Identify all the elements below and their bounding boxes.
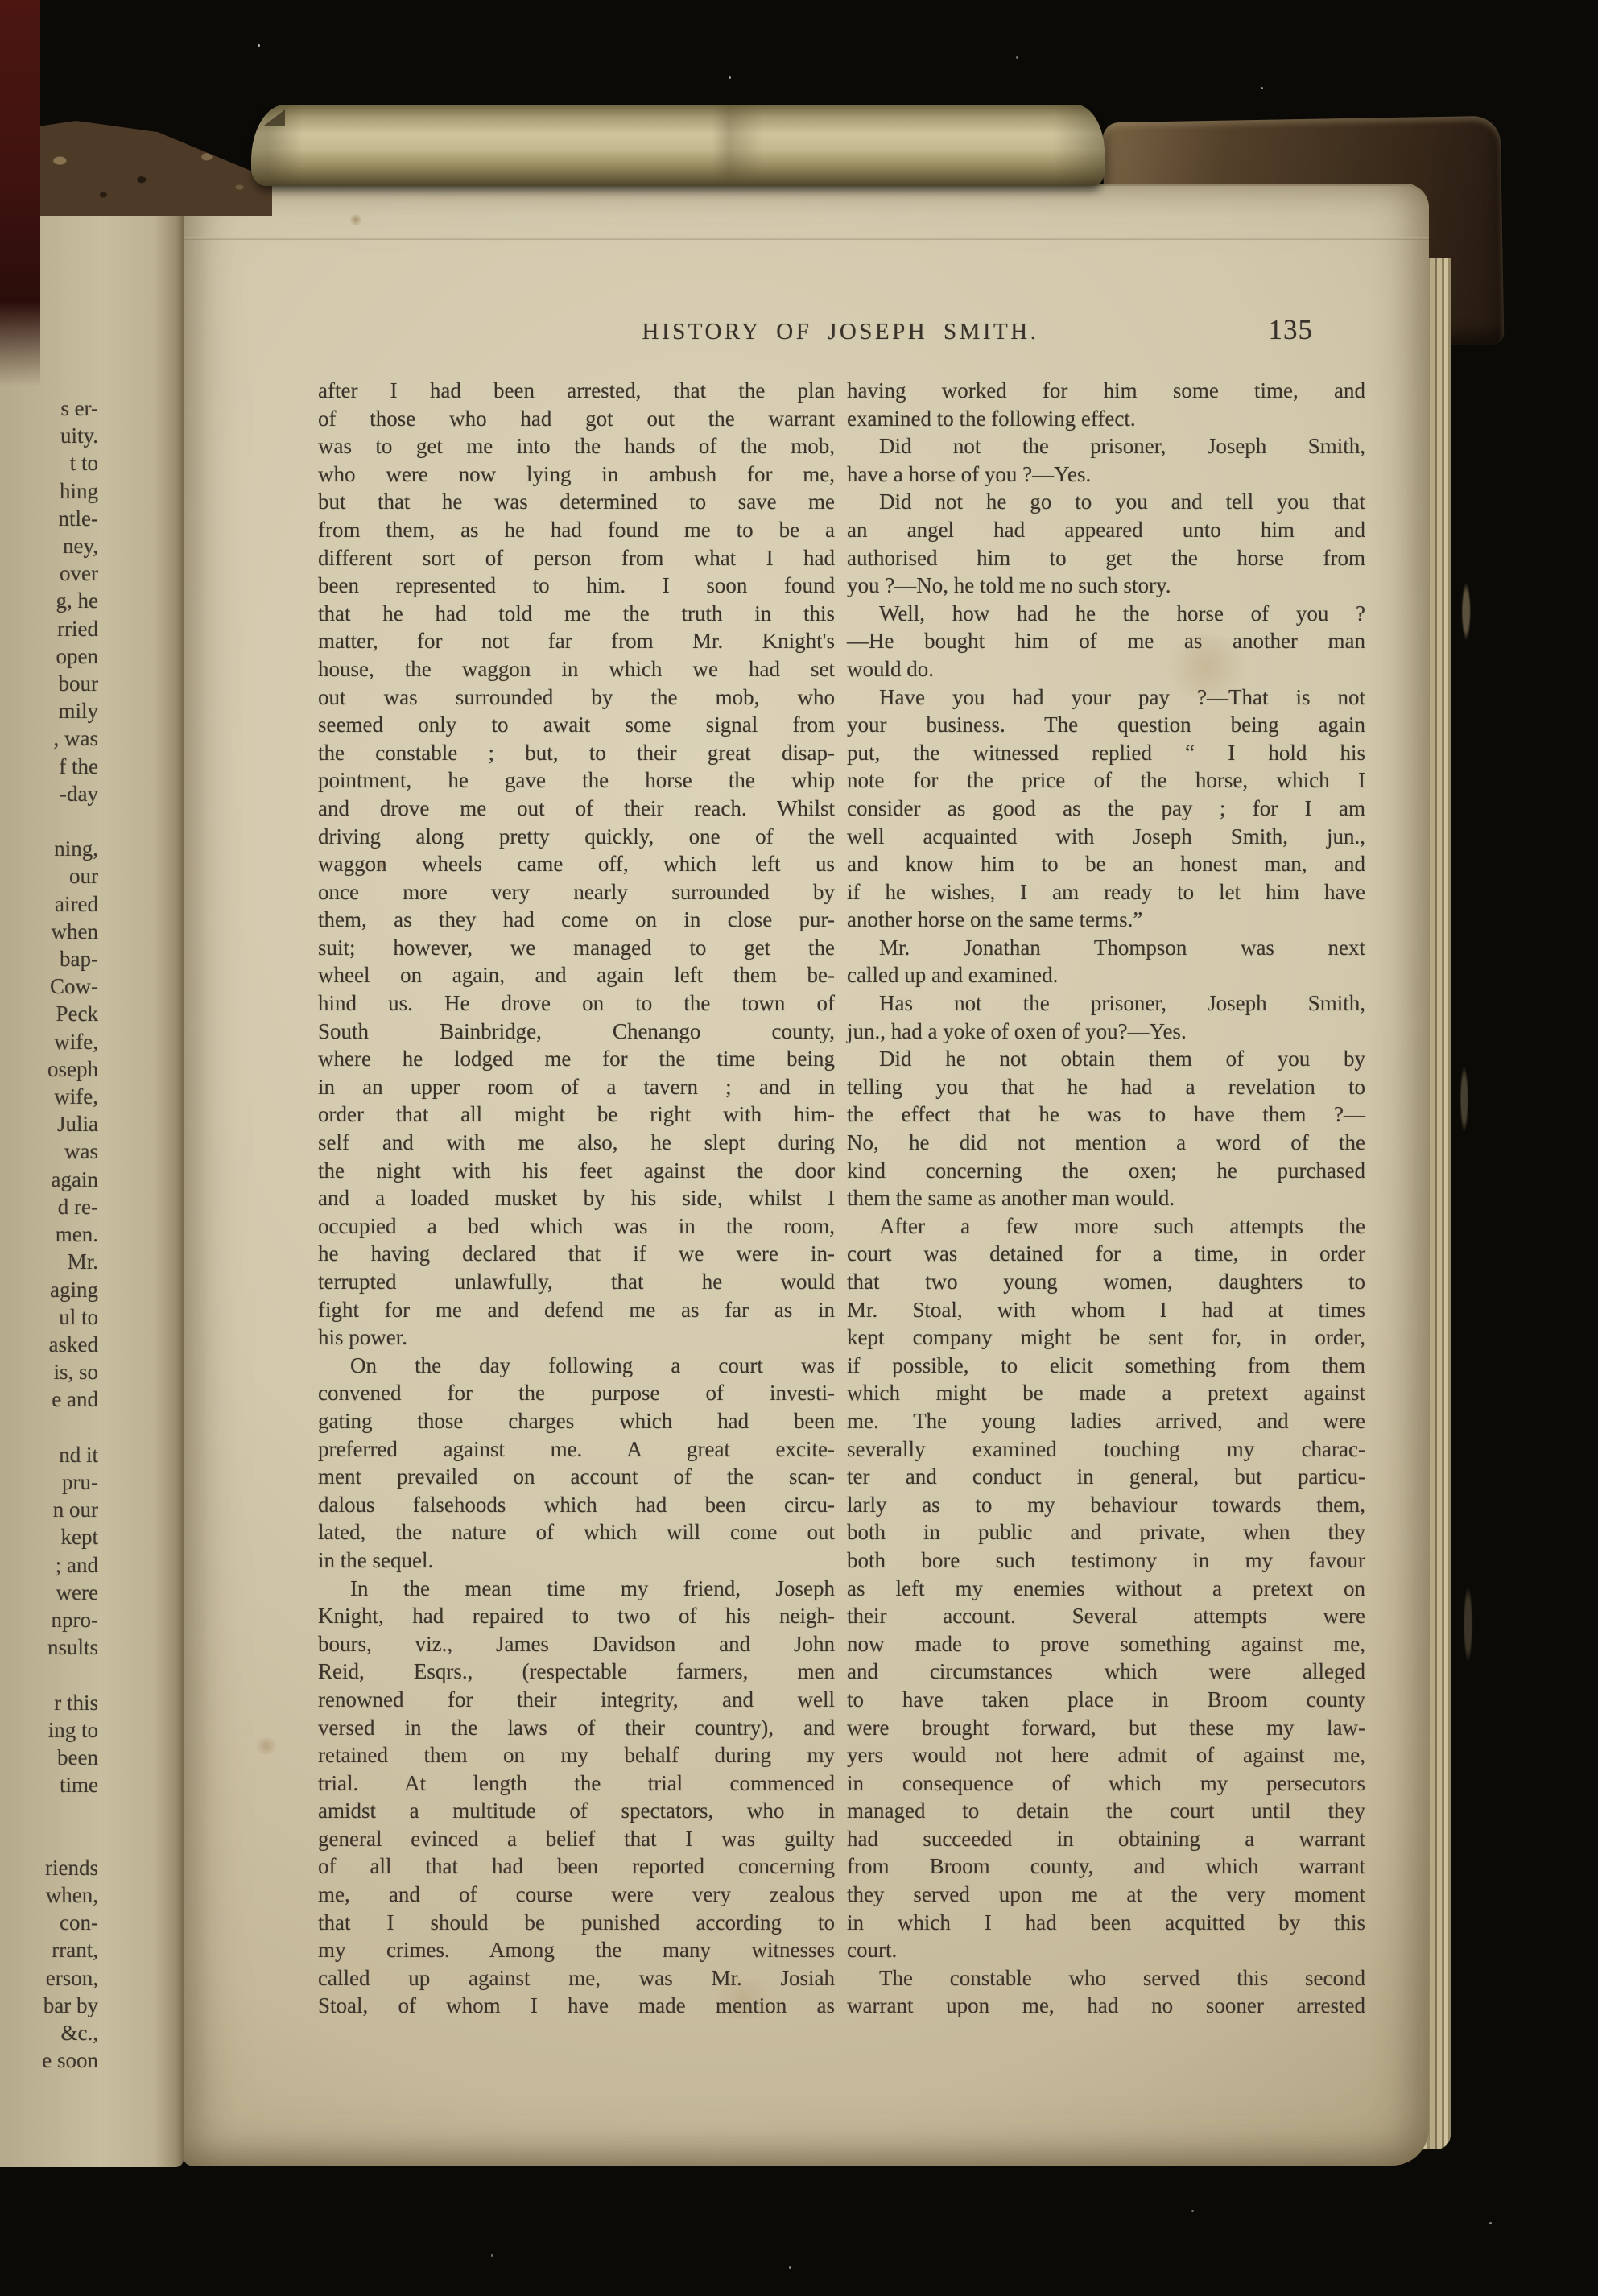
edge-fragment-line: been [0,1744,98,1771]
text-line: your business. The question being again [847,711,1365,739]
text-line: both bore such testimony in my favour [847,1546,1365,1575]
text-line: called up against me, was Mr. Josiah [318,1964,835,1992]
text-line: renowned for their integrity, and well [318,1686,835,1714]
text-line: after I had been arrested, that the plan [318,377,835,405]
edge-fragment-line: ning, [0,835,98,862]
text-line: the constable ; but, to their great disa… [318,739,835,767]
edge-fragment-line: kept [0,1523,98,1551]
text-line: in which I had been acquitted by this [847,1909,1365,1937]
text-line: that two young women, daughters to [847,1268,1365,1296]
text-line: terrupted unlawfully, that he would [318,1268,835,1296]
text-line: larly as to my behaviour towards them, [847,1491,1365,1519]
text-line: telling you that he had a revelation to [847,1073,1365,1101]
text-line: out was surrounded by the mob, who [318,683,835,712]
edge-fragment-line: aired [0,890,98,918]
edge-fragment-line: f the [0,753,98,780]
edge-fragment-line: were [0,1579,98,1606]
text-line: Mr. Stoal, with whom I had at times [847,1296,1365,1324]
dust-specks [258,44,260,47]
text-line: examined to the following effect. [847,405,1365,433]
text-line: Reid, Esqrs., (respectable farmers, men [318,1658,835,1686]
book-scan-photo: s er-uity.t tohingntle-ney,overg, herrie… [0,0,1598,2296]
text-line: was to get me into the hands of the mob, [318,432,835,460]
cover-corner-left [0,121,272,216]
edge-fragment-line: rrant, [0,1936,98,1964]
text-line: convened for the purpose of investi- [318,1379,835,1407]
text-line: me, and of course were very zealous [318,1881,835,1909]
edge-fragment-line: ; and [0,1551,98,1579]
book-page: HISTORY OF JOSEPH SMITH. 135 after I had… [184,184,1429,2166]
text-line: once more very nearly surrounded by [318,878,835,906]
text-line: of those who had got out the warrant [318,405,835,433]
text-line: seemed only to await some signal from [318,711,835,739]
curled-page-corner [251,105,1105,186]
stain [349,214,363,225]
text-line: my crimes. Among the many witnesses [318,1936,835,1964]
text-line: well acquainted with Joseph Smith, jun., [847,823,1365,851]
text-line: lated, the nature of which will come out [318,1518,835,1546]
edge-fragment-line: is, so [0,1358,98,1385]
text-line: Did he not obtain them of you by [847,1045,1365,1073]
edge-fragment-line: uity. [0,422,98,449]
text-line: fight for me and defend me as far as in [318,1296,835,1324]
text-line: yers would not here admit of against me, [847,1741,1365,1769]
text-line: you ?—No, he told me no such story. [847,572,1365,600]
text-line: and drove me out of their reach. Whilst [318,795,835,823]
text-line: After a few more such attempts the [847,1212,1365,1241]
text-line: bours, viz., James Davidson and John [318,1630,835,1658]
text-line: that he had told me the truth in this [318,600,835,628]
text-line: Did not the prisoner, Joseph Smith, [847,432,1365,460]
edge-fragment-line: oseph [0,1055,98,1083]
text-line: No, he did not mention a word of the [847,1129,1365,1157]
edge-fragment-line: open [0,642,98,670]
text-line: Knight, had repaired to two of his neigh… [318,1602,835,1630]
edge-fragment-line [0,1661,98,1688]
edge-fragment-line: bar by [0,1992,98,2019]
text-line: note for the price of the horse, which I [847,766,1365,795]
edge-fragment-line: Peck [0,1000,98,1027]
edge-fragment-line: ing to [0,1716,98,1744]
text-line: their account. Several attempts were [847,1602,1365,1630]
spine-red-edge [0,0,40,386]
text-line: if he wishes, I am ready to let him have [847,878,1365,906]
text-line: wheel on again, and again left them be- [318,961,835,989]
edge-fragment-line: r this [0,1689,98,1716]
edge-fragment-line: hing [0,477,98,505]
text-line: kept company might be sent for, in order… [847,1324,1365,1352]
text-line: On the day following a court was [318,1352,835,1380]
text-line: gating those charges which had been [318,1407,835,1435]
edge-fragment-line: nd it [0,1441,98,1468]
edge-fragment-line: our [0,862,98,890]
text-line: Have you had your pay ?—That is not [847,683,1365,712]
edge-fragment-line: again [0,1166,98,1193]
text-line: them, as they had come on in close pur- [318,906,835,934]
text-line: Stoal, of whom I have made mention as [318,1992,835,2020]
text-line: waggon wheels came off, which left us [318,850,835,878]
text-line: Well, how had he the horse of you ? [847,600,1365,628]
text-line: me. The young ladies arrived, and were [847,1407,1365,1435]
edge-fragment-line: n our [0,1496,98,1523]
text-line: matter, for not far from Mr. Knight's [318,627,835,655]
text-line: consider as good as the pay ; for I am [847,795,1365,823]
text-line: been represented to him. I soon found [318,572,835,600]
text-line: them the same as another man would. [847,1184,1365,1212]
text-line: In the mean time my friend, Joseph [318,1575,835,1603]
text-line: Mr. Jonathan Thompson was next [847,934,1365,962]
text-line: and a loaded musket by his side, whilst … [318,1184,835,1212]
text-line: order that all might be right with him- [318,1101,835,1129]
text-line: occupied a bed which was in the room, [318,1212,835,1241]
stain [254,1737,279,1755]
text-line: have a horse of you ?—Yes. [847,460,1365,489]
text-line: warrant upon me, had no sooner arrested [847,1992,1365,2020]
edge-fragment-line: riends [0,1854,98,1881]
text-line: versed in the laws of their country), an… [318,1714,835,1742]
text-line: managed to detain the court until they [847,1797,1365,1825]
text-line: jun., had a yoke of oxen of you?—Yes. [847,1018,1365,1046]
edge-fragment-line: men. [0,1220,98,1248]
edge-fragment-line: s er- [0,394,98,422]
text-line: now made to prove something against me, [847,1630,1365,1658]
text-line: dalous falsehoods which had been circu- [318,1491,835,1519]
edge-fragment-line: -day [0,780,98,807]
text-line: which might be made a pretext against [847,1379,1365,1407]
text-line: that I should be punished according to [318,1909,835,1937]
text-line: where he lodged me for the time being [318,1045,835,1073]
text-line: put, the witnessed replied “ I hold his [847,739,1365,767]
text-line: and know him to be an honest man, and [847,850,1365,878]
text-line: his power. [318,1324,835,1352]
text-line: another horse on the same terms.” [847,906,1365,934]
text-line: ment prevailed on account of the scan- [318,1463,835,1491]
edge-fragments: s er-uity.t tohingntle-ney,overg, herrie… [0,394,98,2074]
text-line: he having declared that if we were in- [318,1240,835,1268]
edge-fragment-line: wife, [0,1028,98,1055]
text-line: as left my enemies without a pretext on [847,1575,1365,1603]
text-line: both in public and private, when they [847,1518,1365,1546]
left-column: after I had been arrested, that the plan… [318,377,835,2020]
text-line: they served upon me at the very moment [847,1881,1365,1909]
page-number: 135 [1269,314,1314,346]
edge-fragment-line: e soon [0,2046,98,2074]
text-line: The constable who served this second [847,1964,1365,1992]
right-column: having worked for him some time, andexam… [847,377,1365,2020]
text-line: and circumstances which were alleged [847,1658,1365,1686]
edge-fragment-line: &c., [0,2019,98,2046]
text-line: the effect that he was to have them ?— [847,1101,1365,1129]
edge-fragment-line [0,1827,98,1854]
cover-edge-right [1451,274,1489,2149]
text-line: retained them on my behalf during my [318,1741,835,1769]
text-line: who were now lying in ambush for me, [318,460,835,489]
running-head: HISTORY OF JOSEPH SMITH. 135 [316,319,1365,354]
text-line: were brought forward, but these my law- [847,1714,1365,1742]
edge-fragment-line: t to [0,449,98,477]
edge-fragment-line: aging [0,1276,98,1303]
edge-fragment-line: ntle- [0,505,98,532]
edge-fragment-line: over [0,560,98,587]
text-line: driving along pretty quickly, one of the [318,823,835,851]
text-line: different sort of person from what I had [318,544,835,572]
text-line: general evinced a belief that I was guil… [318,1825,835,1853]
edge-fragment-line: pru- [0,1468,98,1496]
text-line: hind us. He drove on to the town of [318,989,835,1018]
edge-fragment-line: mily [0,697,98,725]
edge-fragment-line: nsults [0,1633,98,1661]
text-line: self and with me also, he slept during [318,1129,835,1157]
text-line: but that he was determined to save me [318,488,835,516]
text-line: kind concerning the oxen; he purchased [847,1157,1365,1185]
edge-fragment-line [0,1798,98,1826]
edge-fragment-line: erson, [0,1964,98,1992]
text-line: from them, as he had found me to be a [318,516,835,544]
edge-fragment-line [0,807,98,835]
edge-fragment-line: wife, [0,1083,98,1110]
text-line: to have taken place in Broom county [847,1686,1365,1714]
text-line: ter and conduct in general, but particu- [847,1463,1365,1491]
text-line: in an upper room of a tavern ; and in [318,1073,835,1101]
text-line: the night with his feet against the door [318,1157,835,1185]
edge-fragment-line: e and [0,1385,98,1413]
text-line: court. [847,1936,1365,1964]
text-line: pointment, he gave the horse the whip [318,766,835,795]
text-line: would do. [847,655,1365,683]
edge-fragment-line: con- [0,1909,98,1936]
text-line: severally examined touching my charac- [847,1435,1365,1464]
edge-fragment-line: was [0,1138,98,1165]
edge-fragment-line: Julia [0,1110,98,1138]
edge-fragment-line: d re- [0,1193,98,1220]
edge-fragment-line: time [0,1771,98,1798]
edge-fragment-line: asked [0,1331,98,1358]
text-line: in the sequel. [318,1546,835,1575]
edge-fragment-line: ney, [0,532,98,560]
text-line: Did not he go to you and tell you that [847,488,1365,516]
text-line: Has not the prisoner, Joseph Smith, [847,989,1365,1018]
edge-fragment-line: bour [0,670,98,697]
text-line: having worked for him some time, and [847,377,1365,405]
text-line: suit; however, we managed to get the [318,934,835,962]
edge-fragment-line: npro- [0,1606,98,1633]
text-line: preferred against me. A great excite- [318,1435,835,1464]
edge-fragment-line: ul to [0,1303,98,1331]
text-line: authorised him to get the horse from [847,544,1365,572]
edge-fragment-line [0,1414,98,1441]
text-line: amidst a multitude of spectators, who in [318,1797,835,1825]
text-line: —He bought him of me as another man [847,627,1365,655]
edge-fragment-line: Cow- [0,972,98,1000]
text-line: had succeeded in obtaining a warrant [847,1825,1365,1853]
text-line: if possible, to elicit something from th… [847,1352,1365,1380]
page-title: HISTORY OF JOSEPH SMITH. [316,319,1365,345]
edge-fragment-line: rried [0,615,98,642]
text-line: of all that had been reported concerning [318,1852,835,1881]
text-line: called up and examined. [847,961,1365,989]
edge-fragment-line: bap- [0,945,98,972]
page-crease [184,237,1429,240]
text-line: court was detained for a time, in order [847,1240,1365,1268]
text-line: South Bainbridge, Chenango county, [318,1018,835,1046]
text-line: trial. At length the trial commenced [318,1769,835,1798]
text-line: in consequence of which my persecutors [847,1769,1365,1798]
text-line: house, the waggon in which we had set [318,655,835,683]
text-line: from Broom county, and which warrant [847,1852,1365,1881]
edge-fragment-line: Mr. [0,1248,98,1275]
edge-fragment-line: when, [0,1881,98,1909]
edge-fragment-line: when [0,918,98,945]
text-line: an angel had appeared unto him and [847,516,1365,544]
edge-fragment-line: g, he [0,587,98,614]
edge-fragment-line: , was [0,725,98,752]
